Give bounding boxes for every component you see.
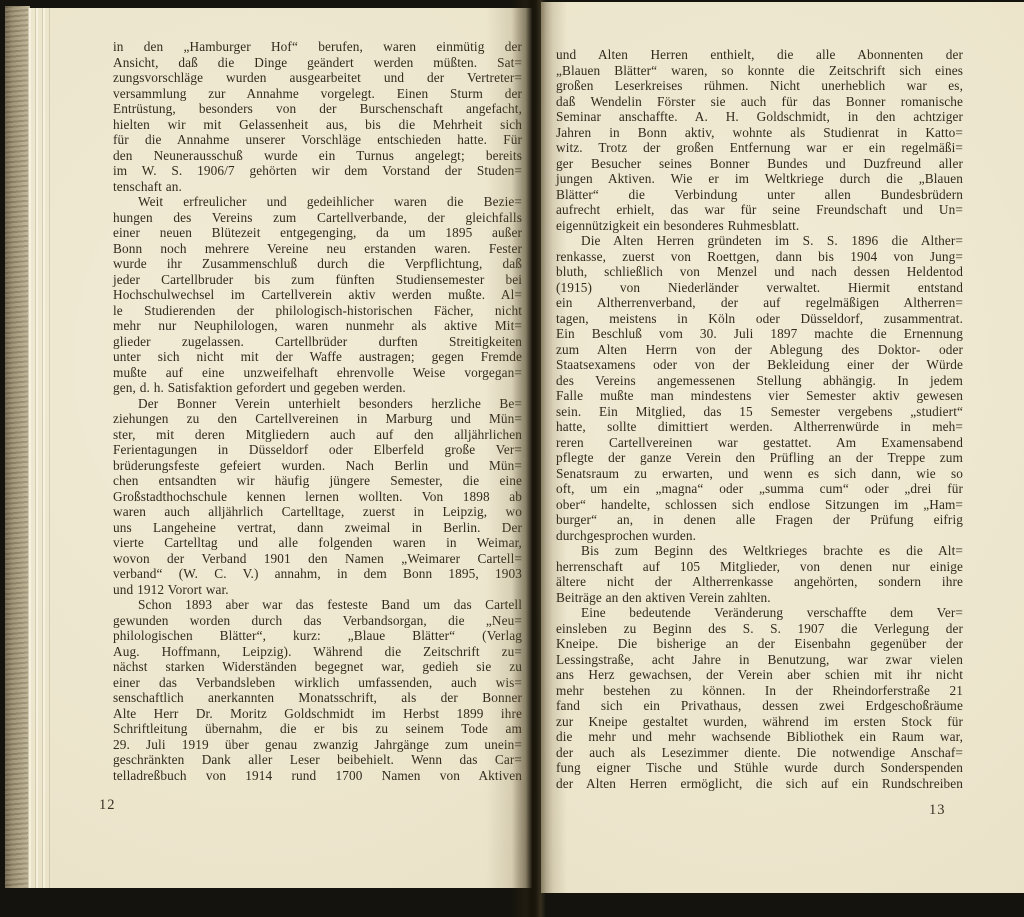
text-line: des Vereins angemessenen Stellung abhäng…: [556, 373, 963, 389]
text-line: Eine bedeutende Veränderung verschaffte …: [556, 605, 963, 621]
text-line: herrenschaft auf 105 Mitglieder, von den…: [556, 559, 963, 575]
text-line: in den „Hamburger Hof“ berufen, waren ei…: [113, 39, 522, 55]
text-line: zungsvorschläge wurden ausgearbeitet und…: [113, 70, 522, 86]
text-line: Aug. Hoffmann, Leipzig). Während die Zei…: [113, 644, 522, 660]
text-line: hatte, sollte dimittiert werden. Altherr…: [556, 419, 963, 435]
text-line: mußte auf eine unzweifelhaft ehrenvolle …: [113, 365, 522, 381]
text-line: ein Altherrenverband, der auf regelmäßig…: [556, 295, 963, 311]
text-line: glieder zugelassen. Cartellbrüder durfte…: [113, 334, 522, 350]
text-line: Staatsexamens oder von der Bekleidung ei…: [556, 357, 963, 373]
text-line: mehr nur Neuphilologen, waren nunmehr al…: [113, 318, 522, 334]
text-line: Lessingstraße, acht Jahre in Benutzung, …: [556, 652, 963, 668]
text-line: Weit erfreulicher und gedeihlicher waren…: [113, 194, 522, 210]
text-line: brüderungsfeste gefeiert wurden. Nach Be…: [113, 458, 522, 474]
text-line: daß Wendelin Förster sie auch für das Bo…: [556, 94, 963, 110]
text-line: Blätter“ die Verbindung unter allen Bund…: [556, 187, 963, 203]
text-line: witz. Trotz der großen Entfernung war er…: [556, 140, 963, 156]
text-line: und Alten Herren enthielt, die alle Abon…: [556, 47, 963, 63]
text-line: ober“ handelte, schlossen sich endlose S…: [556, 497, 963, 513]
text-line: waren auch alljährlich Cartelltage, zuer…: [113, 504, 522, 520]
left-page-text: in den „Hamburger Hof“ berufen, waren ei…: [113, 39, 522, 783]
text-line: der Alten Herren ermöglicht, die sich au…: [556, 776, 963, 792]
text-line: wurde ihr Zusammenschluß durch die Verpf…: [113, 256, 522, 272]
text-line: Beiträge an den aktiven Verein zahlten.: [556, 590, 963, 606]
text-line: großen Leserkreises rühmen. Nicht unerhe…: [556, 78, 963, 94]
text-line: ältere nicht der Altherrenkasse angehört…: [556, 574, 963, 590]
text-line: versammlung zur Annahme vorgelegt. Einen…: [113, 86, 522, 102]
page-number-right: 13: [929, 802, 946, 819]
text-line: Senatsraum zu erwarten, und wenn es sich…: [556, 466, 963, 482]
paragraph: Weit erfreulicher und gedeihlicher waren…: [113, 194, 522, 396]
text-line: hielten wir mit Gelassenheit aus, bis di…: [113, 117, 522, 133]
text-line: Kneipe. Die bisherige an der Eisenbahn g…: [556, 636, 963, 652]
text-line: burger“ an, in denen alle Fragen der Prü…: [556, 512, 963, 528]
text-line: einsleben zu Beginn des S. S. 1907 die V…: [556, 621, 963, 637]
left-page: in den „Hamburger Hof“ berufen, waren ei…: [28, 8, 532, 888]
text-line: uns Langeheine vertrat, dann zweimal in …: [113, 520, 522, 536]
text-line: zur Kneipe gestaltet wurden, während im …: [556, 714, 963, 730]
paragraph: Eine bedeutende Veränderung verschaffte …: [556, 605, 963, 791]
text-line: den Neunerausschuß wurde ein Turnus ange…: [113, 148, 522, 164]
text-line: der auch als Lesezimmer diente. Die notw…: [556, 745, 963, 761]
text-line: gen, d. h. Satisfaktion gefordert und ge…: [113, 380, 522, 396]
text-line: im W. S. 1906/7 gehörten wir dem Vorstan…: [113, 163, 522, 179]
text-line: tenschaft an.: [113, 179, 522, 195]
text-line: reren Cartellvereinen war gestattet. Am …: [556, 435, 963, 451]
text-line: Alte Herr Dr. Moritz Goldschmidt im Herb…: [113, 706, 522, 722]
paragraph: in den „Hamburger Hof“ berufen, waren ei…: [113, 39, 522, 194]
paragraph: Die Alten Herren gründeten im S. S. 1896…: [556, 233, 963, 543]
text-line: philologischen Blätter“, kurz: „Blaue Bl…: [113, 628, 522, 644]
text-line: ziehungen zu den Cartellvereinen in Marb…: [113, 411, 522, 427]
text-line: durchgesprochen wurden.: [556, 528, 963, 544]
text-line: jeder Cartellbruder bis zum fünften Stud…: [113, 272, 522, 288]
text-line: die mehr und mehr wachsende Bibliothek e…: [556, 729, 963, 745]
text-line: Ein Beschluß vom 30. Juli 1897 machte di…: [556, 326, 963, 342]
text-line: „Blauen Blätter“ waren, so konnte die Ze…: [556, 63, 963, 79]
paragraph: und Alten Herren enthielt, die alle Abon…: [556, 47, 963, 233]
right-page-text: und Alten Herren enthielt, die alle Abon…: [556, 47, 963, 791]
text-line: Entrüstung, besonders von der Burschensc…: [113, 101, 522, 117]
text-line: Hochschulwechsel im Cartellverein aktiv …: [113, 287, 522, 303]
text-line: Bonn noch mehrere Vereine neu erstanden …: [113, 241, 522, 257]
page-edge-stack: [5, 6, 30, 888]
text-line: Die Alten Herren gründeten im S. S. 1896…: [556, 233, 963, 249]
text-line: nächst starken Widerständen begegnet war…: [113, 659, 522, 675]
paragraph: Schon 1893 aber war das festeste Band um…: [113, 597, 522, 783]
text-line: geschränkten Dank aller Leser beibehielt…: [113, 752, 522, 768]
text-line: senschaftlich anerkannten Monatsschrift,…: [113, 690, 522, 706]
text-line: jungen Aktiven. Wie er im Weltkriege dur…: [556, 171, 963, 187]
text-line: hungen des Vereins zum Cartellverbande, …: [113, 210, 522, 226]
text-line: fand sich ein Privathaus, dessen zwei Er…: [556, 698, 963, 714]
text-line: 29. Juli 1919 über genau zwanzig Jahrgän…: [113, 737, 522, 753]
text-line: mehr bestehen zu können. In der Rheindor…: [556, 683, 963, 699]
text-line: Seminar anschaffte. A. H. Goldschmidt, i…: [556, 109, 963, 125]
text-line: oft, um ein „magna“ oder „summa cum“ ode…: [556, 481, 963, 497]
page-number-left: 12: [99, 797, 116, 814]
text-line: Ansicht, daß die Dinge geändert werden m…: [113, 55, 522, 71]
paragraph: Der Bonner Verein unterhielt besonders h…: [113, 396, 522, 598]
text-line: vierte Cartelltag und alle folgenden war…: [113, 535, 522, 551]
text-line: aufrecht erhielt, das war für seine Freu…: [556, 202, 963, 218]
text-line: Schon 1893 aber war das festeste Band um…: [113, 597, 522, 613]
text-line: Falle mußte man mindestens vier Semester…: [556, 388, 963, 404]
text-line: Ferientagungen in Düsseldorf oder Elberf…: [113, 442, 522, 458]
text-line: für die Annahme unserer Vorschläge entsc…: [113, 132, 522, 148]
text-line: verband“ (W. C. V.) annahm, in dem Bonn …: [113, 566, 522, 582]
text-line: bluth, schließlich von Menzel und nach d…: [556, 264, 963, 280]
text-line: pflegte der ganze Verein den Prüfling an…: [556, 450, 963, 466]
paragraph: Bis zum Beginn des Weltkrieges brachte e…: [556, 543, 963, 605]
text-line: ster, mit deren Mitgliedern auch auf den…: [113, 427, 522, 443]
text-line: einer neuen Blütezeit entgegenging, da u…: [113, 225, 522, 241]
text-line: fung eigner Tische und Stühle wurde durc…: [556, 760, 963, 776]
text-line: (1915) von Niederländer verwaltet. Hierm…: [556, 280, 963, 296]
text-line: gewunden worden durch das Verbandsorgan,…: [113, 613, 522, 629]
text-line: zum Alten Herrn von der Ablegung des Dok…: [556, 342, 963, 358]
text-line: le Studierenden der philologisch-histori…: [113, 303, 522, 319]
text-line: sein. Ein Mitglied, das 15 Semester verg…: [556, 404, 963, 420]
text-line: renkasse, zuerst von Roettgen, dann bis …: [556, 249, 963, 265]
text-line: und 1912 Vorort war.: [113, 582, 522, 598]
book-scan: { "colors": { "background": "#14130d", "…: [0, 0, 1024, 917]
text-line: chen entsandten wir häufig jüngere Semes…: [113, 473, 522, 489]
text-line: eigennützigkeit ein besonderes Ruhmesbla…: [556, 218, 963, 234]
text-line: unter sich nicht mit der Waffe austragen…: [113, 349, 522, 365]
text-line: Schriftleitung übernahm, die er bis zu s…: [113, 721, 522, 737]
text-line: telladreßbuch von 1914 rund 1700 Namen v…: [113, 768, 522, 784]
text-line: tagen, meistens in Köln oder Düsseldorf,…: [556, 311, 963, 327]
text-line: einer das Verbandsleben wirklich umfasse…: [113, 675, 522, 691]
text-line: Bis zum Beginn des Weltkrieges brachte e…: [556, 543, 963, 559]
text-line: wovon der Verband 1901 den Namen „Weimar…: [113, 551, 522, 567]
right-page: und Alten Herren enthielt, die alle Abon…: [541, 2, 1024, 893]
text-line: ger Besucher seines Bonner Bundes und Du…: [556, 156, 963, 172]
text-line: Jahren in Bonn aktiv, wohnte als Studien…: [556, 125, 963, 141]
text-line: ans Herz gewachsen, der Verein aber schi…: [556, 667, 963, 683]
text-line: Großstadthochschule kennen lernen wollte…: [113, 489, 522, 505]
text-line: Der Bonner Verein unterhielt besonders h…: [113, 396, 522, 412]
